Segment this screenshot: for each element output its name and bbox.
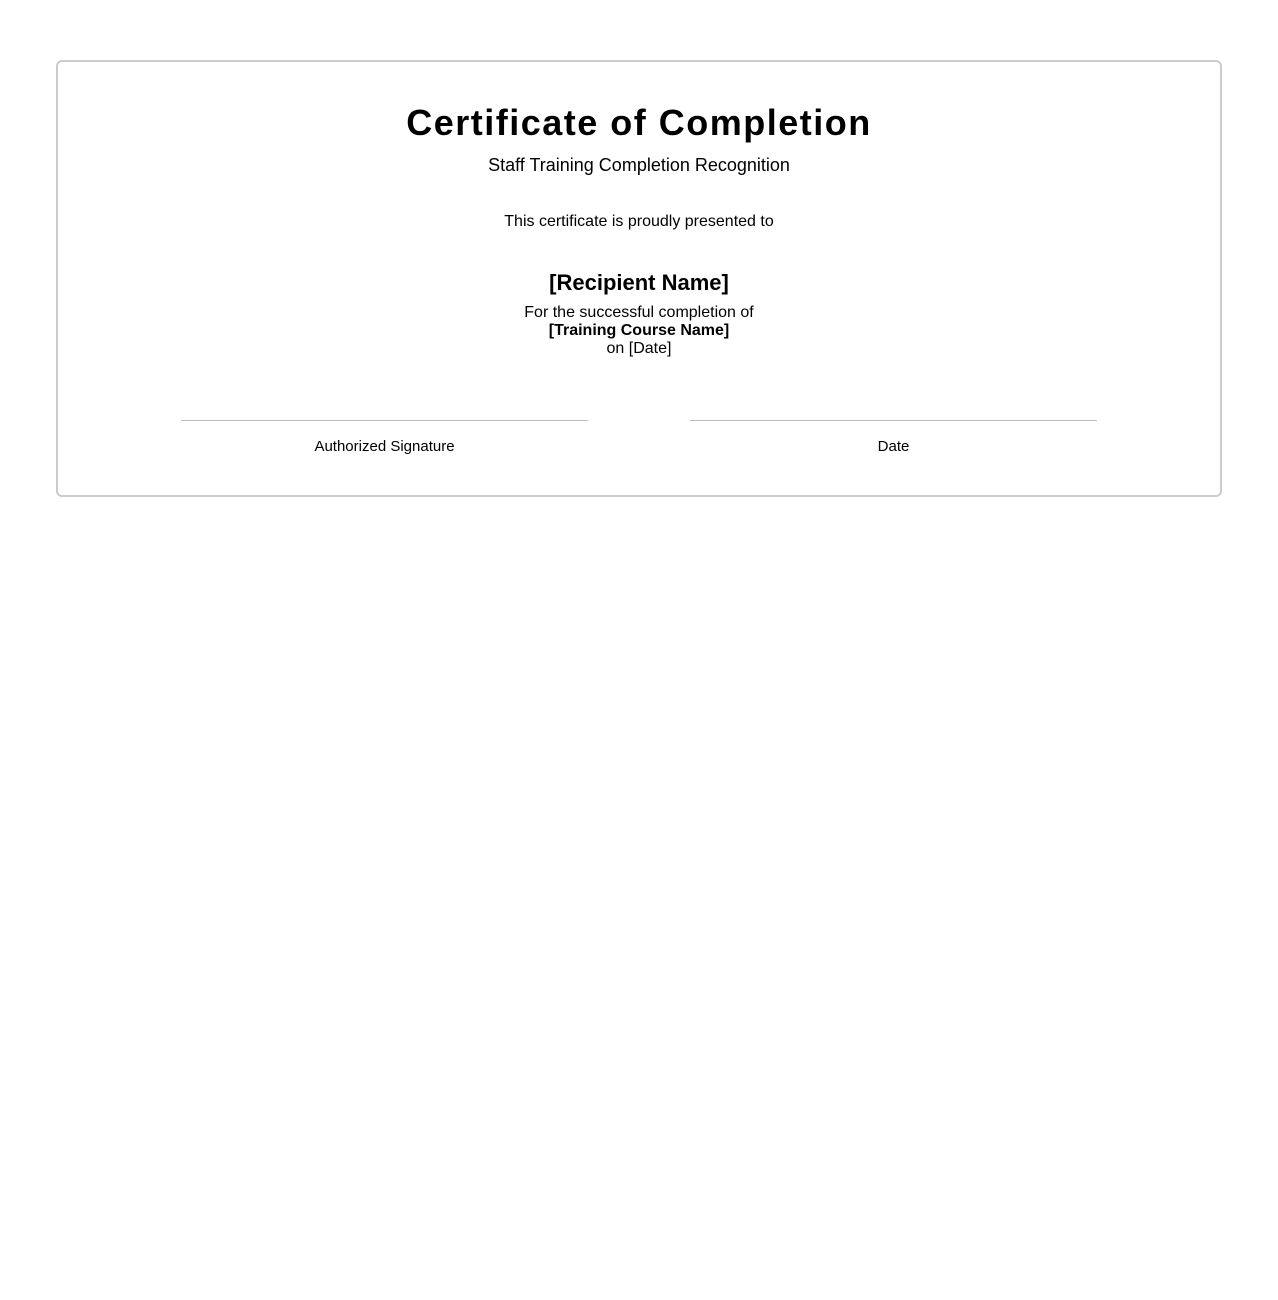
certificate-card: Certificate of Completion Staff Training…	[56, 60, 1222, 497]
course-name: [Training Course Name]	[58, 322, 1220, 340]
date-label: Date	[690, 438, 1097, 456]
completion-details: For the successful completion of [Traini…	[58, 304, 1220, 358]
completion-date: on [Date]	[58, 340, 1220, 358]
certificate-title: Certificate of Completion	[58, 102, 1220, 144]
signature-line	[181, 420, 588, 421]
signature-block-date: Date	[690, 420, 1097, 456]
signature-label: Authorized Signature	[181, 438, 588, 456]
presented-to-text: This certificate is proudly presented to	[58, 212, 1220, 232]
date-line	[690, 420, 1097, 421]
recipient-name: [Recipient Name]	[58, 269, 1220, 297]
signature-block-authorized: Authorized Signature	[181, 420, 588, 456]
certificate-subtitle: Staff Training Completion Recognition	[58, 154, 1220, 176]
completion-text: For the successful completion of	[58, 304, 1220, 322]
